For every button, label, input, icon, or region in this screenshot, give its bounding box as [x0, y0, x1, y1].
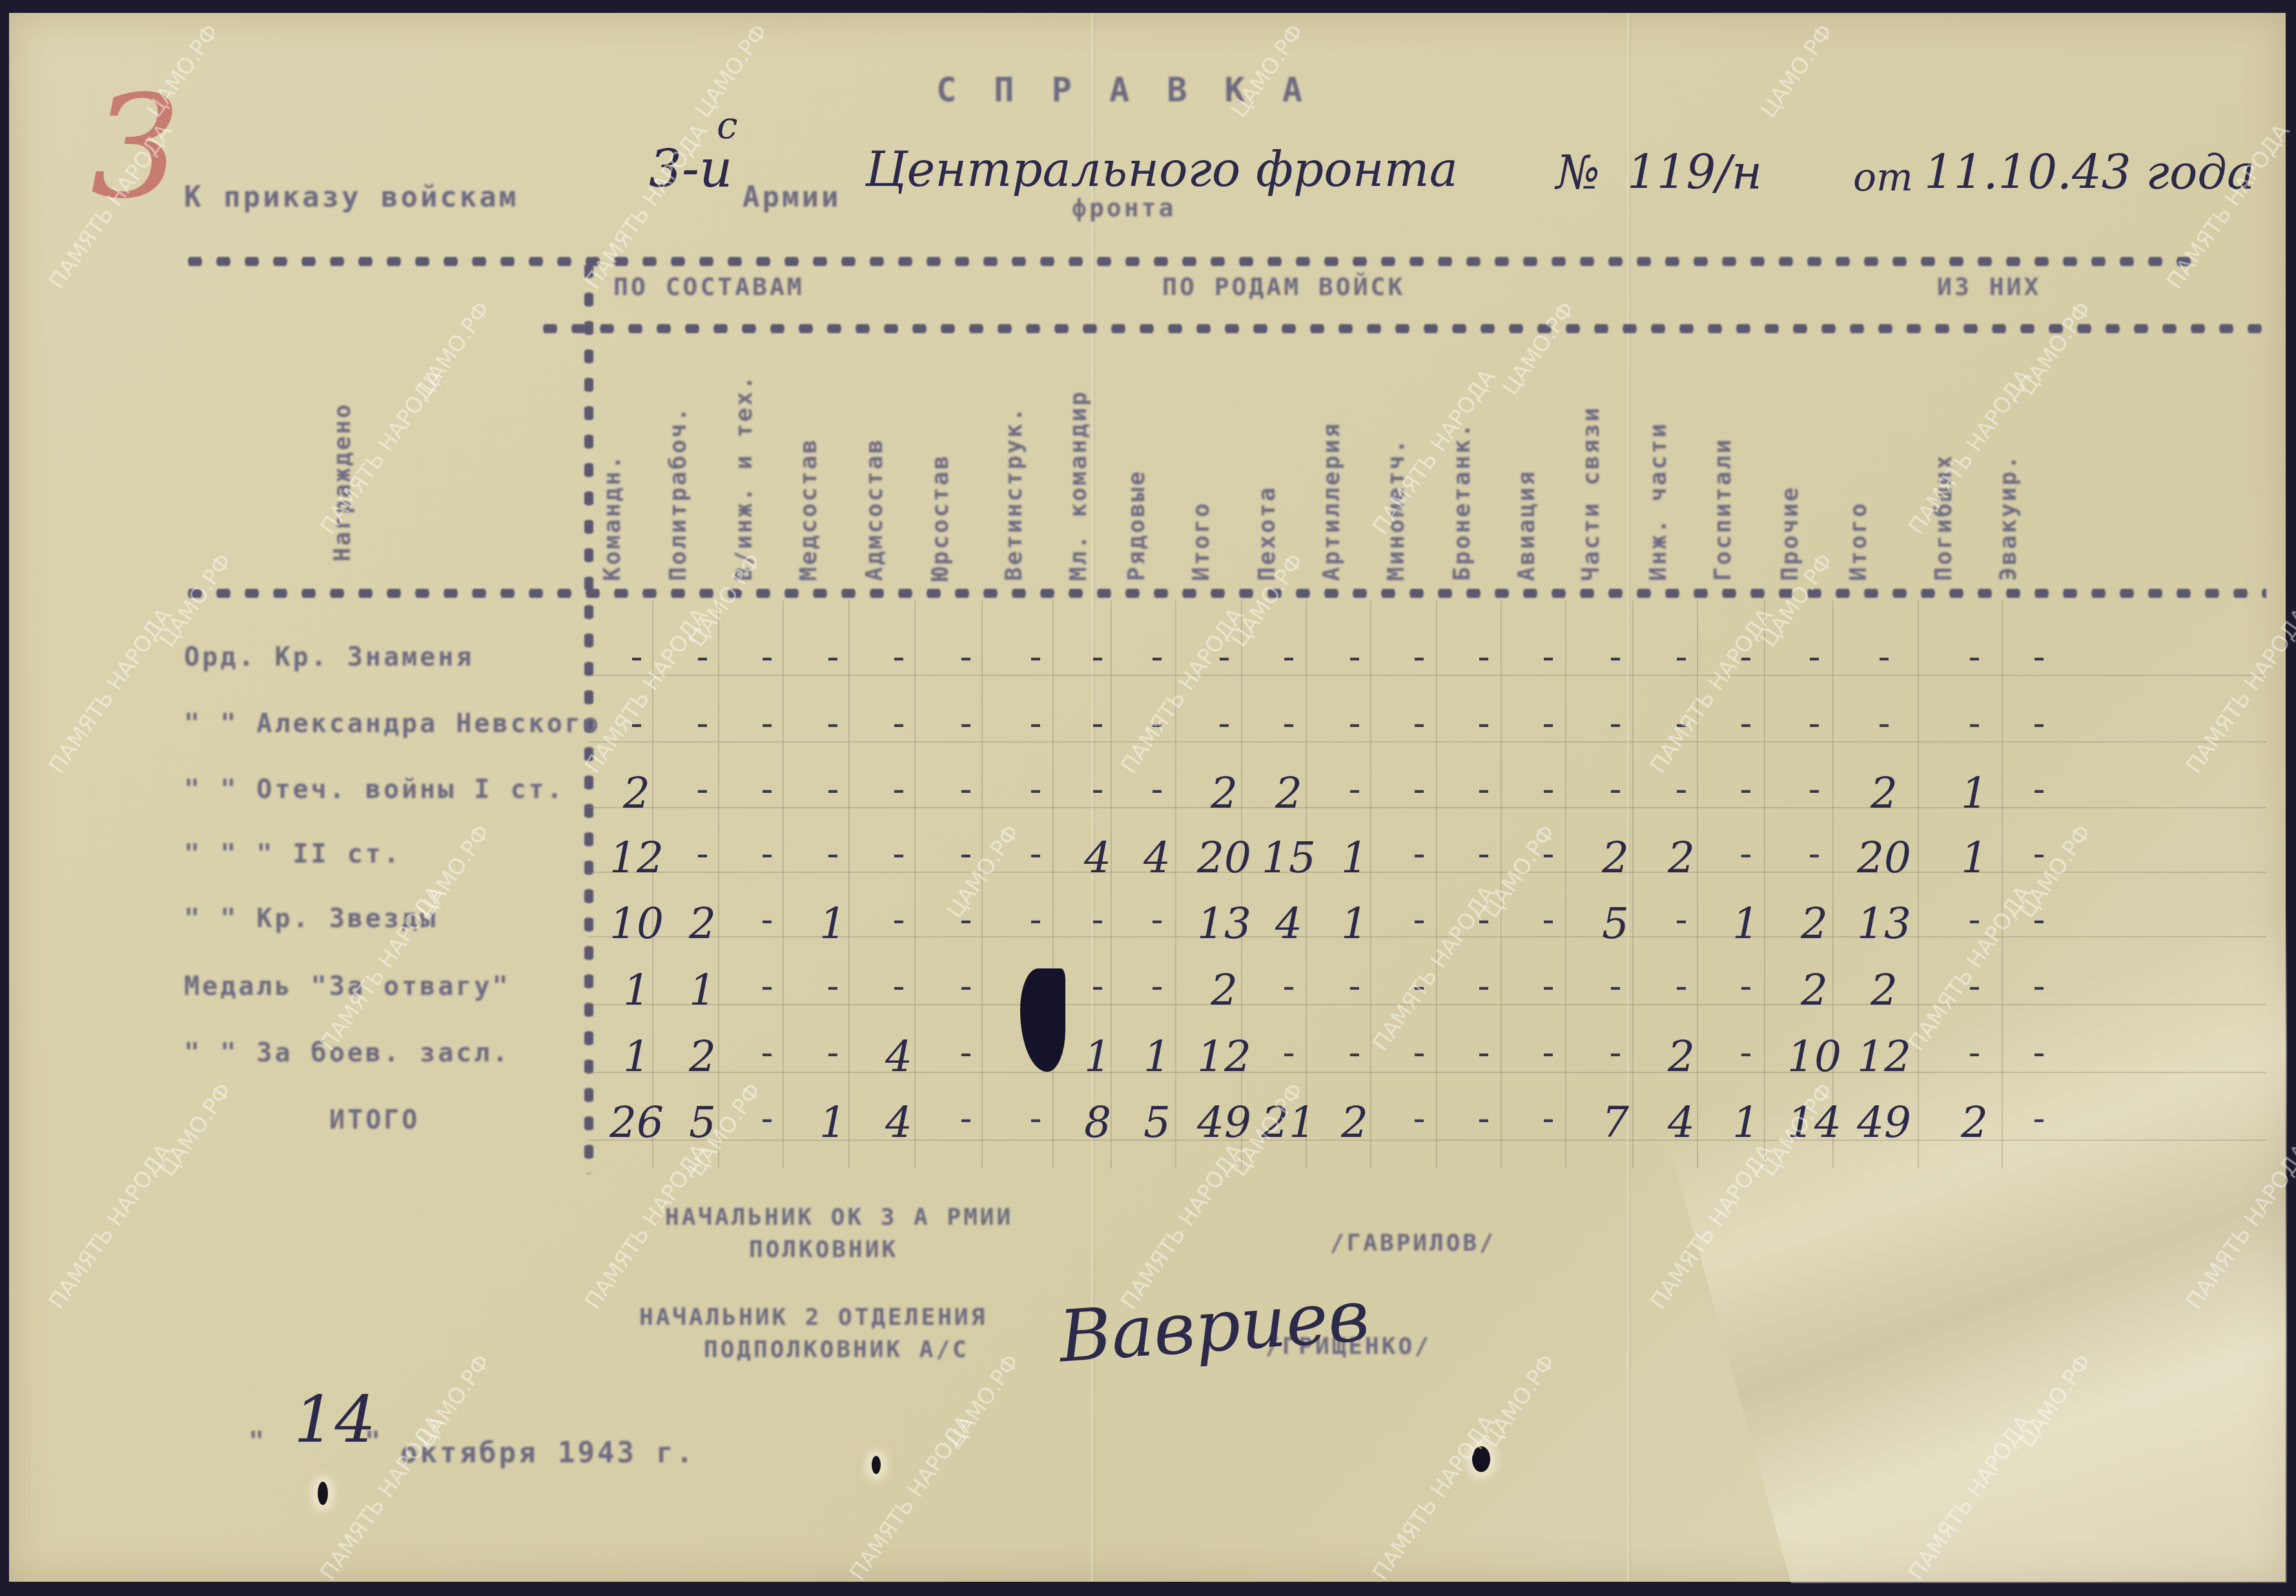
table-cell: - — [1005, 833, 1067, 875]
table-cell: - — [935, 636, 997, 678]
table-cell: 2 — [1853, 965, 1915, 1015]
table-cell: 4 — [1126, 833, 1188, 883]
table-cell: - — [1584, 702, 1646, 744]
table-cell: - — [1453, 702, 1515, 744]
table-cell: 2 — [1324, 1098, 1386, 1147]
date-quote-close: " — [365, 1427, 383, 1457]
row-label-medal-merit: " " За боев. засл. — [184, 1038, 510, 1068]
grid-line — [1111, 600, 1112, 1169]
table-cell: 2 — [1258, 768, 1320, 818]
table-cell: 2 — [1193, 965, 1255, 1015]
table-cell: - — [1126, 768, 1188, 810]
table-cell: - — [1258, 1032, 1320, 1074]
army-word: Армии — [743, 181, 841, 214]
table-cell: - — [1650, 965, 1712, 1007]
signature-1-name: /ГАВРИЛОВ/ — [1330, 1230, 1496, 1256]
table-cell: - — [1126, 702, 1188, 744]
col-header-other: Прочие — [1777, 452, 1803, 581]
table-cell: 5 — [671, 1098, 733, 1147]
table-cell: - — [2008, 768, 2070, 810]
document-title: СПРАВКА — [936, 71, 1340, 110]
table-cell: - — [1517, 965, 1579, 1007]
table-cell: - — [1783, 768, 1845, 810]
table-cell: 2 — [1584, 833, 1646, 883]
table-cell: 26 — [606, 1098, 668, 1147]
table-cell: - — [935, 965, 997, 1007]
table-cell: 10 — [1783, 1032, 1845, 1081]
col-header-mortar: Минометч. — [1383, 374, 1409, 581]
table-cell: - — [2008, 1032, 2070, 1074]
table-header-bottom-border — [181, 589, 2266, 598]
table-cell: - — [1126, 899, 1188, 941]
table-cell: - — [1324, 1032, 1386, 1074]
table-cell: - — [1388, 833, 1450, 875]
table-cell: - — [1517, 833, 1579, 875]
table-cell: 15 — [1258, 833, 1320, 883]
col-header-evacuated: Эвакуир. — [1995, 323, 2022, 581]
grid-line — [783, 600, 784, 1169]
grid-line — [1764, 600, 1765, 1169]
table-cell: 1 — [1324, 833, 1386, 883]
table-cell: 5 — [1126, 1098, 1188, 1147]
table-cell: 1 — [1943, 768, 2005, 818]
grid-line — [1241, 600, 1242, 1169]
table-cell: - — [1783, 636, 1845, 678]
grid-line — [1565, 600, 1566, 1169]
col-header-admin: Адмсостав — [861, 349, 888, 581]
col-header-hospitals: Госпитали — [1710, 362, 1736, 581]
table-cell: - — [1388, 965, 1450, 1007]
table-cell: 14 — [1783, 1098, 1845, 1147]
group-header-of-them: ИЗ НИХ — [1937, 272, 2041, 301]
table-cell: - — [671, 768, 733, 810]
table-cell: 4 — [868, 1098, 930, 1147]
table-cell: 10 — [606, 899, 668, 948]
table-cell: - — [736, 702, 798, 744]
row-label-medal-courage: Медаль "За отвагу" — [184, 972, 510, 1001]
table-cell: - — [2008, 965, 2070, 1007]
grid-line — [1832, 600, 1834, 1169]
punch-hole — [872, 1456, 881, 1474]
row-label-total: ИТОГО — [329, 1105, 420, 1135]
table-cell: - — [1715, 768, 1777, 810]
row-label-patriotic-war-2: " " " II ст. — [184, 839, 402, 869]
table-cell: - — [1258, 636, 1320, 678]
table-cell: - — [868, 899, 930, 941]
table-cell: - — [935, 1098, 997, 1140]
table-cell: - — [736, 965, 798, 1007]
table-cell: 2 — [1650, 1032, 1712, 1081]
table-cell: - — [736, 1098, 798, 1140]
table-cell: 8 — [1067, 1098, 1129, 1147]
table-cell: - — [736, 1032, 798, 1074]
grid-line — [1501, 600, 1502, 1169]
col-header-political: Политрабоч. — [665, 349, 692, 581]
table-cell: - — [2008, 899, 2070, 941]
col-header-infantry: Пехота — [1254, 439, 1280, 581]
grid-line — [914, 600, 916, 1169]
table-cell: - — [736, 768, 798, 810]
row-label-nevsky: " " Александра Невского — [184, 709, 601, 739]
order-date-prefix: от — [1853, 155, 1913, 200]
table-cell: - — [868, 965, 930, 1007]
table-cell: 2 — [1783, 899, 1845, 948]
table-cell: - — [1943, 899, 2005, 941]
table-cell: - — [671, 833, 733, 875]
table-cell: - — [1517, 1032, 1579, 1074]
table-cell: - — [1517, 1098, 1579, 1140]
table-cell: - — [1005, 768, 1067, 810]
table-cell: - — [736, 636, 798, 678]
table-cell: - — [671, 636, 733, 678]
table-cell: - — [802, 636, 864, 678]
table-cell: - — [1388, 768, 1450, 810]
table-cell: 2 — [606, 768, 668, 818]
col-header-vet: Ветинструк. — [1001, 362, 1027, 581]
table-cell: - — [1453, 833, 1515, 875]
punch-hole — [318, 1482, 328, 1505]
table-cell: 1 — [1715, 1098, 1777, 1147]
signature-2-title: НАЧАЛЬНИК 2 ОТДЕЛЕНИЯ — [639, 1304, 987, 1331]
table-cell: - — [802, 833, 864, 875]
table-cell: - — [1650, 636, 1712, 678]
table-cell: - — [1193, 702, 1255, 744]
table-cell: - — [1853, 636, 1915, 678]
grid-line — [848, 600, 850, 1169]
row-label-red-banner: Орд. Кр. Знаменя — [184, 642, 474, 672]
table-cell: - — [935, 1032, 997, 1074]
table-cell: - — [868, 636, 930, 678]
group-header-by-branch: ПО РОДАМ ВОЙСК — [1162, 272, 1405, 301]
table-cell: - — [1453, 636, 1515, 678]
table-cell: 1 — [606, 1032, 668, 1081]
row-label-patriotic-war-1: " " Отеч. войны I ст. — [184, 775, 565, 804]
table-cell: - — [1715, 636, 1777, 678]
table-cell: - — [1453, 965, 1515, 1007]
grid-line — [1697, 600, 1698, 1169]
table-cell: - — [1584, 1032, 1646, 1074]
table-cell: - — [935, 702, 997, 744]
table-cell: 1 — [1324, 899, 1386, 948]
table-cell: 1 — [802, 899, 864, 948]
table-cell: - — [606, 702, 668, 744]
table-cell: - — [1388, 702, 1450, 744]
table-cell: - — [935, 899, 997, 941]
table-cell: - — [802, 965, 864, 1007]
table-cell: - — [1584, 965, 1646, 1007]
col-header-privates: Рядовые — [1123, 387, 1150, 581]
col-header-jr-commanders: Мл. командир — [1065, 336, 1092, 581]
table-cell: - — [1005, 899, 1067, 941]
table-cell: - — [1715, 833, 1777, 875]
table-cell: 2 — [671, 1032, 733, 1081]
grid-line — [1918, 600, 1919, 1169]
table-cell: - — [1453, 1032, 1515, 1074]
table-cell: - — [1517, 899, 1579, 941]
grid-line — [981, 600, 983, 1169]
table-cell: - — [1388, 1032, 1450, 1074]
grid-line — [1632, 600, 1634, 1169]
table-cell: - — [1324, 702, 1386, 744]
grid-line — [1175, 600, 1176, 1169]
table-cell: - — [1650, 702, 1712, 744]
table-cell: 12 — [1193, 1032, 1255, 1081]
row-label-red-star: " " Кр. Звезды — [184, 904, 438, 934]
table-cell: - — [1388, 1098, 1450, 1140]
table-cell: 1 — [1715, 899, 1777, 948]
table-cell: - — [1943, 636, 2005, 678]
table-cell: - — [935, 833, 997, 875]
grid-line — [2002, 600, 2003, 1169]
table-cell: 2 — [1193, 768, 1255, 818]
table-cell: - — [1005, 1098, 1067, 1140]
date-quote-open: " — [249, 1427, 267, 1457]
table-cell: 2 — [671, 899, 733, 948]
table-cell: - — [868, 702, 930, 744]
grid-line — [1052, 600, 1054, 1169]
table-cell: 1 — [606, 965, 668, 1015]
table-cell: - — [1126, 636, 1188, 678]
col-header-medical: Медсостав — [795, 349, 822, 581]
col-header-commanders: Командн. — [599, 362, 626, 581]
col-header-total-branch: Итого — [1845, 452, 1872, 581]
table-cell: - — [1067, 702, 1129, 744]
grid-line — [1370, 600, 1371, 1169]
table-cell: - — [2008, 833, 2070, 875]
table-cell: - — [1388, 636, 1450, 678]
table-cell: 13 — [1853, 899, 1915, 948]
table-cell: - — [1193, 636, 1255, 678]
table-cell: 4 — [1258, 899, 1320, 948]
front-name: Центрального фронта — [865, 142, 1458, 198]
table-cell: 2 — [1650, 833, 1712, 883]
table-cell: - — [1584, 768, 1646, 810]
table-cell: 1 — [1126, 1032, 1188, 1081]
table-cell: - — [1943, 702, 2005, 744]
table-cell: 5 — [1584, 899, 1646, 948]
punch-hole — [1472, 1446, 1490, 1472]
table-cell: - — [935, 768, 997, 810]
table-cell: - — [1943, 1032, 2005, 1074]
grid-line — [652, 600, 653, 1169]
table-cell: 2 — [1783, 965, 1845, 1015]
table-cell: 4 — [1650, 1098, 1712, 1147]
col-header-aviation: Авиация — [1513, 400, 1540, 581]
table-cell: 4 — [1067, 833, 1129, 883]
grid-line — [1436, 600, 1437, 1169]
table-cell: 1 — [1067, 1032, 1129, 1081]
table-cell: 20 — [1853, 833, 1915, 883]
table-cell: - — [1584, 636, 1646, 678]
table-cell: - — [2008, 1098, 2070, 1140]
table-cell: - — [1715, 1032, 1777, 1074]
col-header-engineer-units: Инж. части — [1645, 362, 1672, 581]
table-top-border — [181, 257, 2202, 266]
table-cell: - — [2008, 702, 2070, 744]
table-cell: - — [802, 768, 864, 810]
order-number-label: № — [1556, 145, 1600, 200]
table-cell: - — [1783, 833, 1845, 875]
grid-line — [1306, 600, 1307, 1169]
army-number: 3-и — [649, 139, 732, 199]
col-header-engineering: В/инж. и тех. — [731, 349, 757, 581]
col-header-signals: Части связи — [1578, 349, 1604, 581]
col-header-armored: Бронетанк. — [1449, 362, 1475, 581]
table-cell: - — [606, 636, 668, 678]
table-cell: 49 — [1853, 1098, 1915, 1147]
table-cell: - — [1453, 1098, 1515, 1140]
table-cell: 7 — [1584, 1098, 1646, 1147]
footer-day: 14 — [294, 1382, 376, 1457]
table-cell: - — [1783, 702, 1845, 744]
order-date: 11.10.43 года — [1924, 145, 2255, 200]
signature-1-title: НАЧАЛЬНИК ОК 3 А РМИИ — [665, 1204, 1013, 1231]
col-header-legal: Юрсостав — [927, 374, 954, 581]
table-cell: - — [1715, 965, 1777, 1007]
table-cell: - — [1067, 768, 1129, 810]
army-superscript: с — [717, 103, 737, 147]
table-cell: - — [1650, 899, 1712, 941]
table-cell: - — [1324, 768, 1386, 810]
table-cell: - — [1324, 636, 1386, 678]
table-cell: - — [1258, 702, 1320, 744]
table-cell: - — [1388, 899, 1450, 941]
group-header-by-staff: ПО СОСТАВАМ — [613, 272, 805, 301]
table-cell: 49 — [1193, 1098, 1255, 1147]
col-header-artillery: Артиллерия — [1318, 387, 1345, 581]
table-cell: - — [1453, 768, 1515, 810]
row-header-awarded: Награждено — [329, 349, 356, 562]
table-cell: - — [1324, 965, 1386, 1007]
table-cell: - — [1853, 702, 1915, 744]
order-number: 119/н — [1627, 145, 1762, 200]
red-archive-mark: 3 — [90, 65, 181, 230]
col-header-total-staff: Итого — [1188, 452, 1215, 581]
table-cell: - — [1067, 965, 1129, 1007]
front-typed: фронта — [1072, 194, 1176, 222]
footer-month-year: октября 1943 г. — [400, 1437, 695, 1469]
signature-2-rank: ПОДПОЛКОВНИК А/С — [704, 1336, 969, 1363]
table-cell: 12 — [606, 833, 668, 883]
table-cell: - — [671, 702, 733, 744]
table-cell: - — [1126, 965, 1188, 1007]
order-prefix: К приказу войскам — [184, 181, 518, 214]
table-cell: - — [1943, 965, 2005, 1007]
table-cell: 2 — [1853, 768, 1915, 818]
table-cell: - — [1067, 899, 1129, 941]
table-cell: - — [802, 1032, 864, 1074]
table-cell: - — [736, 899, 798, 941]
table-cell: - — [1517, 636, 1579, 678]
table-cell: - — [2008, 636, 2070, 678]
grid-line — [718, 600, 719, 1169]
table-cell: 2 — [1943, 1098, 2005, 1147]
table-cell: - — [802, 702, 864, 744]
signature-1-rank: ПОЛКОВНИК — [749, 1236, 898, 1263]
table-cell: 21 — [1258, 1098, 1320, 1147]
table-cell: - — [1517, 702, 1579, 744]
table-cell: - — [1650, 768, 1712, 810]
table-cell: - — [1067, 636, 1129, 678]
table-cell: 4 — [868, 1032, 930, 1081]
table-cell: - — [736, 833, 798, 875]
table-cell: 12 — [1853, 1032, 1915, 1081]
table-cell: - — [868, 833, 930, 875]
table-cell: - — [1715, 702, 1777, 744]
table-cell: - — [1005, 636, 1067, 678]
table-cell: 20 — [1193, 833, 1255, 883]
table-cell: - — [868, 768, 930, 810]
table-cell: - — [1005, 702, 1067, 744]
col-header-killed: Погибших — [1931, 381, 1957, 581]
table-cell: 1 — [1943, 833, 2005, 883]
table-cell: 1 — [802, 1098, 864, 1147]
table-cell: 1 — [671, 965, 733, 1015]
table-cell: - — [1258, 965, 1320, 1007]
table-cell: - — [1453, 899, 1515, 941]
table-cell: - — [1517, 768, 1579, 810]
table-cell: 13 — [1193, 899, 1255, 948]
